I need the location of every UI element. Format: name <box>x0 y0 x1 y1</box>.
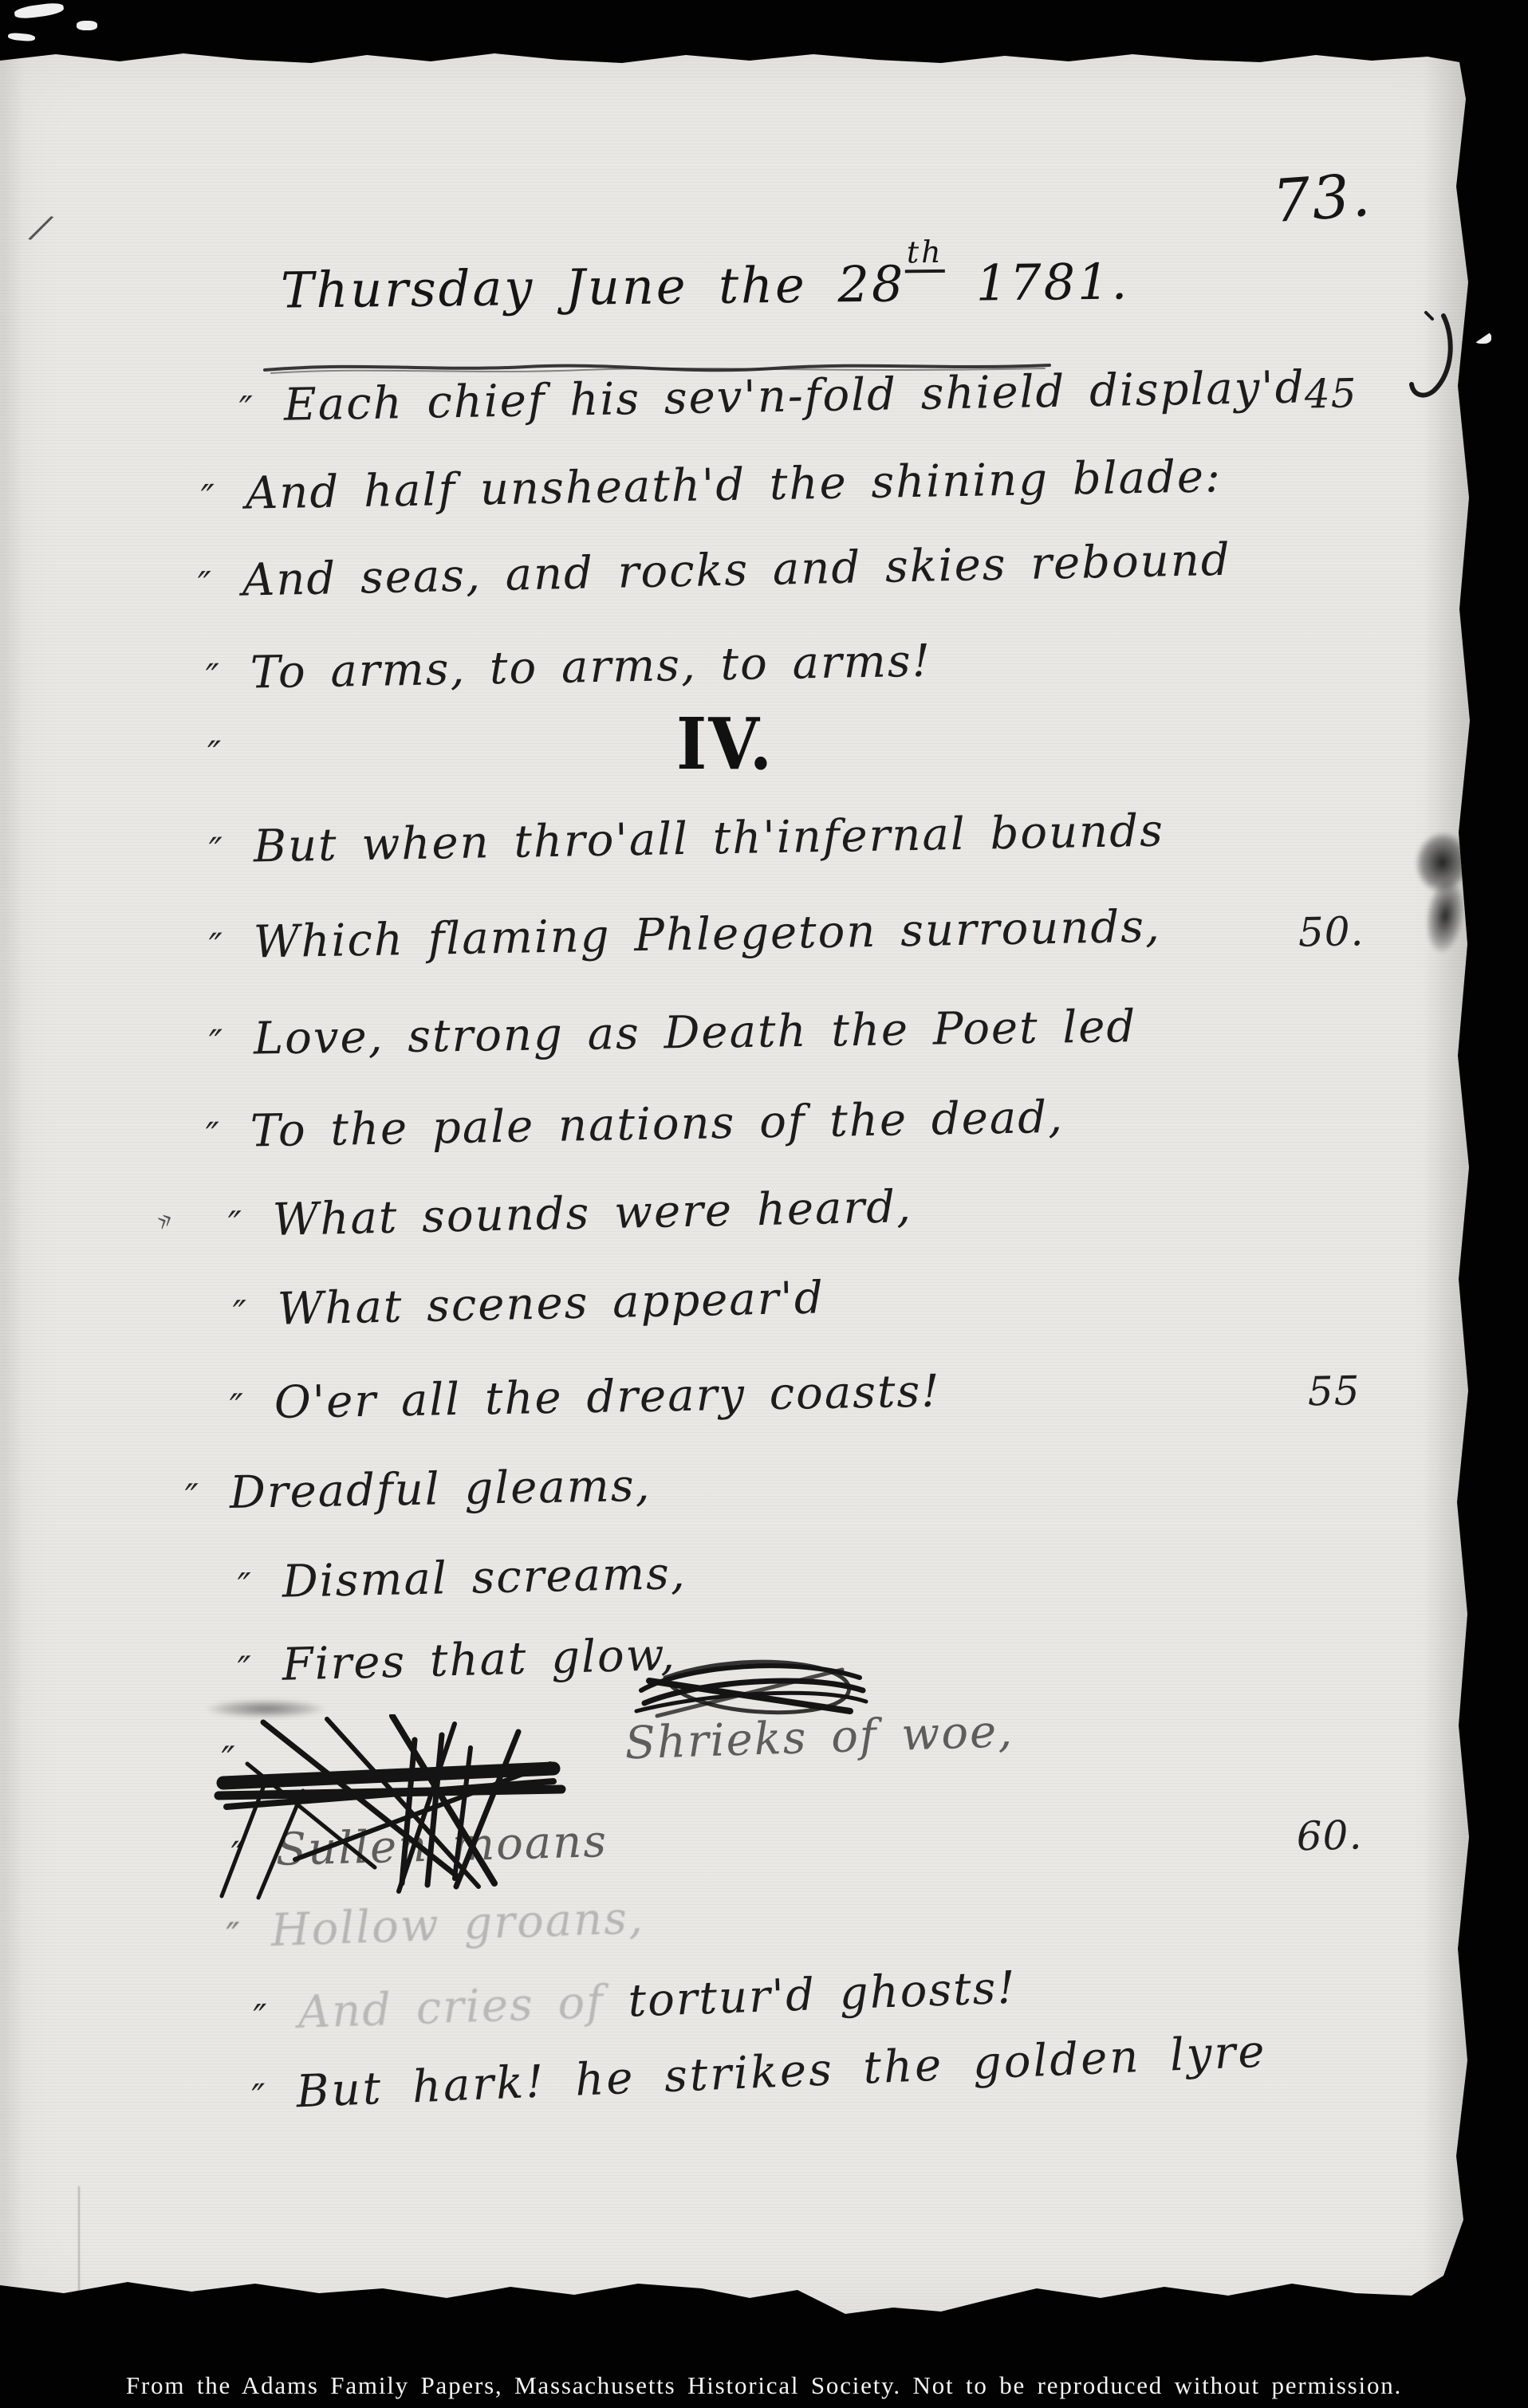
pen-mark: / <box>29 207 53 249</box>
ditto-mark: ″ <box>226 1903 265 1969</box>
verse-text: To the pale nations of the dead, <box>250 1092 1064 1158</box>
verse-text: To arms, to arms, to arms! <box>250 635 931 699</box>
film-speck <box>77 21 97 30</box>
verse-line: ″O'er all the dreary coasts! 55 <box>0 1351 1471 1443</box>
verse-text: What sounds were heard, <box>272 1181 912 1246</box>
verse-text: What scenes appear'd <box>277 1272 825 1335</box>
ditto-mark: ″ <box>208 819 246 883</box>
ditto-mark: ″ <box>229 1375 266 1439</box>
verse-text: Love, strong as Death the Poet led <box>253 1001 1136 1064</box>
ditto-mark: ″ <box>207 722 244 786</box>
section-heading: IV. <box>676 703 774 786</box>
ditto-mark: ″ <box>232 1281 270 1346</box>
verse-line: ″What sounds were heard, <box>0 1163 1471 1261</box>
verse-text: Dismal screams, <box>282 1548 687 1608</box>
verse-text: Which flaming Phlegeton surrounds, <box>253 901 1161 969</box>
page-number: 73. <box>1270 161 1373 236</box>
verse-line-number: 55 <box>1307 1359 1361 1423</box>
ditto-mark: ″ <box>227 1192 266 1257</box>
ditto-mark: ″ <box>184 1465 222 1529</box>
verse-line: ″Which flaming Phlegeton surrounds, 50. <box>0 890 1471 982</box>
verse-line-number: 60. <box>1296 1803 1364 1868</box>
ditto-mark: ″ <box>205 645 242 710</box>
ditto-mark: ″ <box>238 377 276 442</box>
verse-text: But when thro'all th'infernal bounds <box>253 805 1164 873</box>
verse-line: ″And half unsheath'd the shining blade: <box>0 441 1471 533</box>
ditto-mark: ″ <box>208 915 246 979</box>
ditto-mark: ″ <box>208 1011 246 1076</box>
ditto-mark: ″ <box>237 1554 275 1619</box>
date-heading-main: Thursday June the 28 <box>281 254 906 319</box>
date-heading: Thursday June the 28th 1781. <box>281 252 1130 319</box>
film-speck <box>8 33 36 42</box>
ditto-mark: ″ <box>197 553 235 617</box>
verse-line: ″And seas, and rocks and skies rebound <box>0 523 1471 621</box>
verse-line: ″To arms, to arms, to arms! <box>0 620 1471 713</box>
heavy-scribble <box>214 1714 652 1906</box>
verse-line: ″To the pale nations of the dead, <box>0 1079 1471 1171</box>
verse-line: ″But when thro'all th'infernal bounds <box>0 794 1471 887</box>
ditto-mark: ″ <box>200 466 238 530</box>
verse-line-number: 50. <box>1298 899 1365 964</box>
verse-text: Fires that glow, <box>282 1629 677 1691</box>
credit-line: From the Adams Family Papers, Massachuse… <box>0 2371 1528 2400</box>
ditto-mark: ″ <box>252 1985 291 2050</box>
verse-line-number: 45 <box>1304 361 1357 426</box>
ditto-mark: ″ <box>250 2064 289 2130</box>
verse-text: And seas, and rocks and skies rebound <box>242 534 1231 607</box>
crease-line <box>78 2186 80 2314</box>
verse-text: Dreadful gleams, <box>229 1460 652 1519</box>
verse-text-faint: And cries of <box>297 1976 629 2039</box>
verse-text: tortur'd ghosts! <box>627 1962 1017 2028</box>
verse-text: Each chief his sev'n-fold shield display… <box>283 361 1305 431</box>
verse-line: ″Each chief his sev'n-fold shield displa… <box>0 353 1471 446</box>
verse-text: O'er all the dreary coasts! <box>274 1365 941 1429</box>
ditto-mark: ″ <box>205 1104 242 1168</box>
film-speck <box>14 2 64 20</box>
date-heading-superscript: th <box>905 234 945 273</box>
verse-line: ″Dreadful gleams, <box>0 1440 1471 1533</box>
document-scan: 73. Thursday June the 28th 1781. ″Each c… <box>0 0 1528 2408</box>
date-heading-year: 1781. <box>945 252 1130 312</box>
verse-line: ″Love, strong as Death the Poet led <box>0 990 1471 1078</box>
manuscript-page: 73. Thursday June the 28th 1781. ″Each c… <box>0 51 1471 2317</box>
verse-text: And half unsheath'd the shining blade: <box>245 451 1222 519</box>
film-speck <box>1474 332 1491 344</box>
verse-line: ″What scenes appear'd <box>0 1253 1471 1351</box>
strikeout-scribble <box>630 1633 877 1745</box>
